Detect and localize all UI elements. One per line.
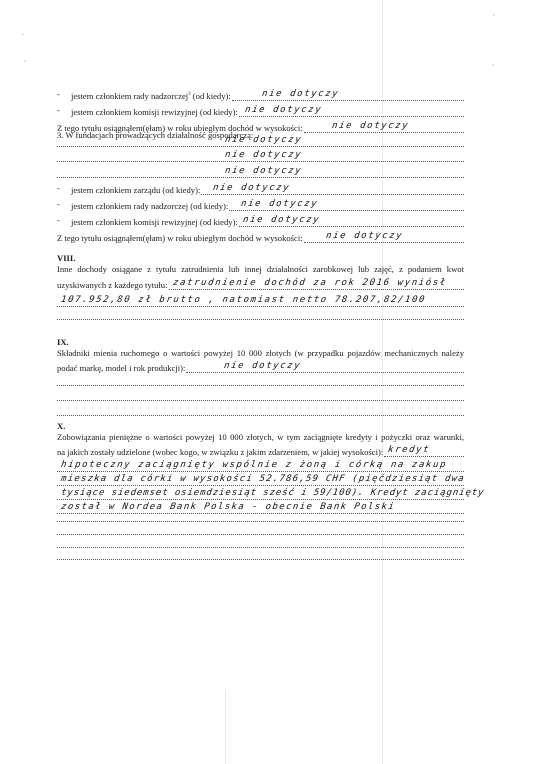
answer-field[interactable]: nie dotyczy	[229, 201, 464, 211]
scan-speck	[492, 64, 494, 66]
blank-answer-line[interactable]	[57, 520, 464, 522]
handwritten-answer: mieszka dla córki w wysokości 52.786,59 …	[60, 474, 465, 484]
section-heading-viii: VIII.	[57, 253, 75, 263]
handwritten-answer: został w Nordea Bank Polska - obecnie Ba…	[60, 502, 396, 512]
answer-line[interactable]: tysiące siedemset osiemdziesiąt sześć i …	[57, 486, 464, 500]
handwritten-answer: nie dotyczy	[241, 199, 320, 209]
row-label: jestem członkiem komisji rewizyjnej (od …	[63, 107, 238, 117]
foundation-line[interactable]: nie dotyczy	[57, 133, 464, 147]
handwritten-answer: zatrudnienie dochód za rok 2016 wyniósł	[172, 278, 447, 288]
answer-line[interactable]: 107.952,80 zł brutto , natomiast netto 7…	[57, 293, 464, 307]
page-fold-line	[225, 690, 226, 764]
blank-answer-line[interactable]	[57, 546, 464, 548]
form-row-komisja-rewizyjna: - jestem członkiem komisji rewizyjnej (o…	[57, 104, 464, 117]
section-viii-text: Inne dochody osiągane z tytułu zatrudnie…	[57, 264, 464, 274]
section-ix-text: Składniki mienia ruchomego o wartości po…	[57, 348, 464, 358]
bullet-dash: -	[57, 90, 60, 100]
section-heading-x: X.	[57, 421, 65, 431]
handwritten-answer: nie dotyczy	[242, 215, 321, 225]
foundation-line[interactable]: nie dotyczy	[57, 148, 464, 162]
handwritten-answer: nie dotyczy	[224, 135, 303, 145]
answer-line[interactable]: hipoteczny zaciągnięty wspólnie z żoną i…	[57, 458, 464, 472]
row-label: jestem członkiem rady nadzorczej (od kie…	[63, 201, 228, 211]
answer-field[interactable]: nie dotyczy	[232, 91, 464, 101]
form-row-liabilities: na jakich zostały udzielone (wobec kogo,…	[57, 444, 464, 457]
bullet-dash: -	[57, 200, 60, 210]
bullet-dash: -	[57, 184, 60, 194]
blank-answer-line[interactable]	[57, 533, 464, 535]
handwritten-answer: hipoteczny zaciągnięty wspólnie z żoną i…	[60, 460, 447, 470]
scan-speck	[24, 60, 26, 62]
blank-answer-line[interactable]	[57, 384, 464, 386]
handwritten-answer: nie dotyczy	[325, 231, 404, 241]
answer-line[interactable]: został w Nordea Bank Polska - obecnie Ba…	[57, 500, 464, 514]
handwritten-answer: 107.952,80 zł brutto , natomiast netto 7…	[60, 295, 426, 305]
form-row-movable-assets: podać markę, model i rok produkcji): nie…	[57, 360, 464, 373]
handwritten-answer: nie dotyczy	[213, 183, 292, 193]
handwritten-answer: nie dotyczy	[224, 361, 303, 371]
bullet-dash: -	[57, 216, 60, 226]
handwritten-answer: nie dotyczy	[261, 89, 340, 99]
handwritten-answer: kredyt	[388, 445, 432, 455]
row-label: na jakich zostały udzielone (wobec kogo,…	[57, 447, 383, 457]
row-label: jestem członkiem zarządu (od kiedy):	[63, 185, 200, 195]
answer-field[interactable]: nie dotyczy	[186, 363, 464, 373]
answer-field[interactable]: nie dotyczy	[239, 217, 464, 227]
form-row-foundation-income: Z tego tytułu osiągnąłem(ęłam) w roku ub…	[57, 230, 464, 243]
blank-answer-line[interactable]	[57, 399, 464, 401]
blank-answer-line[interactable]	[57, 318, 464, 320]
blank-answer-line[interactable]	[57, 414, 464, 416]
row-label: jestem członkiem komisji rewizyjnej (od …	[63, 217, 238, 227]
row-label: uzyskiwanych z każdego tytułu:	[57, 280, 168, 290]
answer-field[interactable]: kredyt	[384, 447, 464, 457]
handwritten-answer: tysiące siedemset osiemdziesiąt sześć i …	[60, 488, 485, 498]
answer-field[interactable]: nie dotyczy	[239, 107, 464, 117]
handwritten-answer: nie dotyczy	[224, 166, 303, 176]
scan-speck	[22, 33, 24, 35]
form-row-komisja-rewizyjna-fundacja: - jestem członkiem komisji rewizyjnej (o…	[57, 214, 464, 227]
form-row-rada-nadzorcza: - jestem członkiem rady nadzorczej3 (od …	[57, 88, 464, 101]
answer-field[interactable]: nie dotyczy	[304, 233, 464, 243]
handwritten-answer: nie dotyczy	[244, 105, 323, 115]
bullet-dash: -	[57, 106, 60, 116]
form-row-other-income: uzyskiwanych z każdego tytułu: zatrudnie…	[57, 277, 464, 290]
section-heading-ix: IX.	[57, 337, 69, 347]
form-row-rada-nadzorcza-fundacja: - jestem członkiem rady nadzorczej (od k…	[57, 198, 464, 211]
answer-field[interactable]: nie dotyczy	[201, 185, 464, 195]
row-label: jestem członkiem rady nadzorczej3 (od ki…	[63, 91, 231, 101]
handwritten-answer: nie dotyczy	[224, 150, 303, 160]
blank-answer-line[interactable]	[57, 558, 464, 560]
answer-field[interactable]: zatrudnienie dochód za rok 2016 wyniósł	[169, 280, 465, 290]
foundation-line[interactable]: nie dotyczy	[57, 164, 464, 178]
answer-line[interactable]: mieszka dla córki w wysokości 52.786,59 …	[57, 472, 464, 486]
form-row-zarzad: - jestem członkiem zarządu (od kiedy): n…	[57, 182, 464, 195]
section-x-text: Zobowiązania pieniężne o wartości powyże…	[57, 432, 464, 442]
row-label: Z tego tytułu osiągnąłem(ęłam) w roku ub…	[57, 233, 303, 243]
row-label: podać markę, model i rok produkcji):	[57, 363, 185, 373]
scan-speck	[493, 14, 495, 16]
